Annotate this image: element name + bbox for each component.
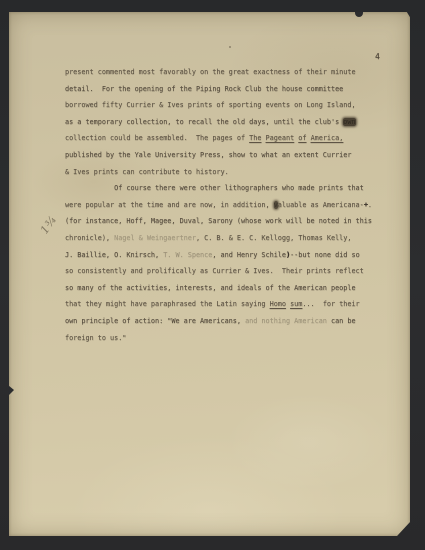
text-line: borrowed fifty Currier & Ives prints of …	[65, 97, 395, 114]
corner-fold	[392, 529, 407, 545]
paper-edge-speck	[355, 10, 363, 17]
text-line: J. Baillie, O. Knirsch, T. W. Spence, an…	[65, 247, 395, 264]
text-line: present commented most favorably on the …	[65, 64, 395, 81]
text-line: that they might have paraphrased the Lat…	[65, 296, 395, 313]
text-line: so many of the activities, interests, an…	[65, 280, 395, 297]
text-line: were popular at the time and are now, in…	[65, 197, 395, 214]
manuscript-page: 4 present commented most favorably on th…	[9, 12, 410, 536]
text-line: & Ives prints can contribute to history.	[65, 164, 395, 181]
text-line: as a temporary collection, to recall the…	[65, 114, 395, 131]
scanned-page-background: 4 present commented most favorably on th…	[0, 0, 425, 550]
page-number: 4	[375, 52, 380, 61]
text-line: collection could be assembled. The pages…	[65, 130, 395, 147]
text-line: so consistently and prolifically as Curr…	[65, 263, 395, 280]
left-edge-notch	[8, 385, 14, 396]
text-line: chronicle), Nagel & Weingaertner, C. B. …	[65, 230, 395, 247]
typewritten-text: present commented most favorably on the …	[65, 64, 395, 346]
text-line: own principle of action: "We are America…	[65, 313, 395, 330]
margin-pencil-note: 1¾	[38, 213, 60, 237]
paper-speck	[229, 46, 231, 48]
text-line: Of course there were other lithographers…	[65, 180, 395, 197]
text-line: foreign to us."	[65, 330, 395, 347]
text-line: (for instance, Hoff, Magee, Duval, Saron…	[65, 213, 395, 230]
text-line: detail. For the opening of the Piping Ro…	[65, 81, 395, 98]
text-line: published by the Yale University Press, …	[65, 147, 395, 164]
